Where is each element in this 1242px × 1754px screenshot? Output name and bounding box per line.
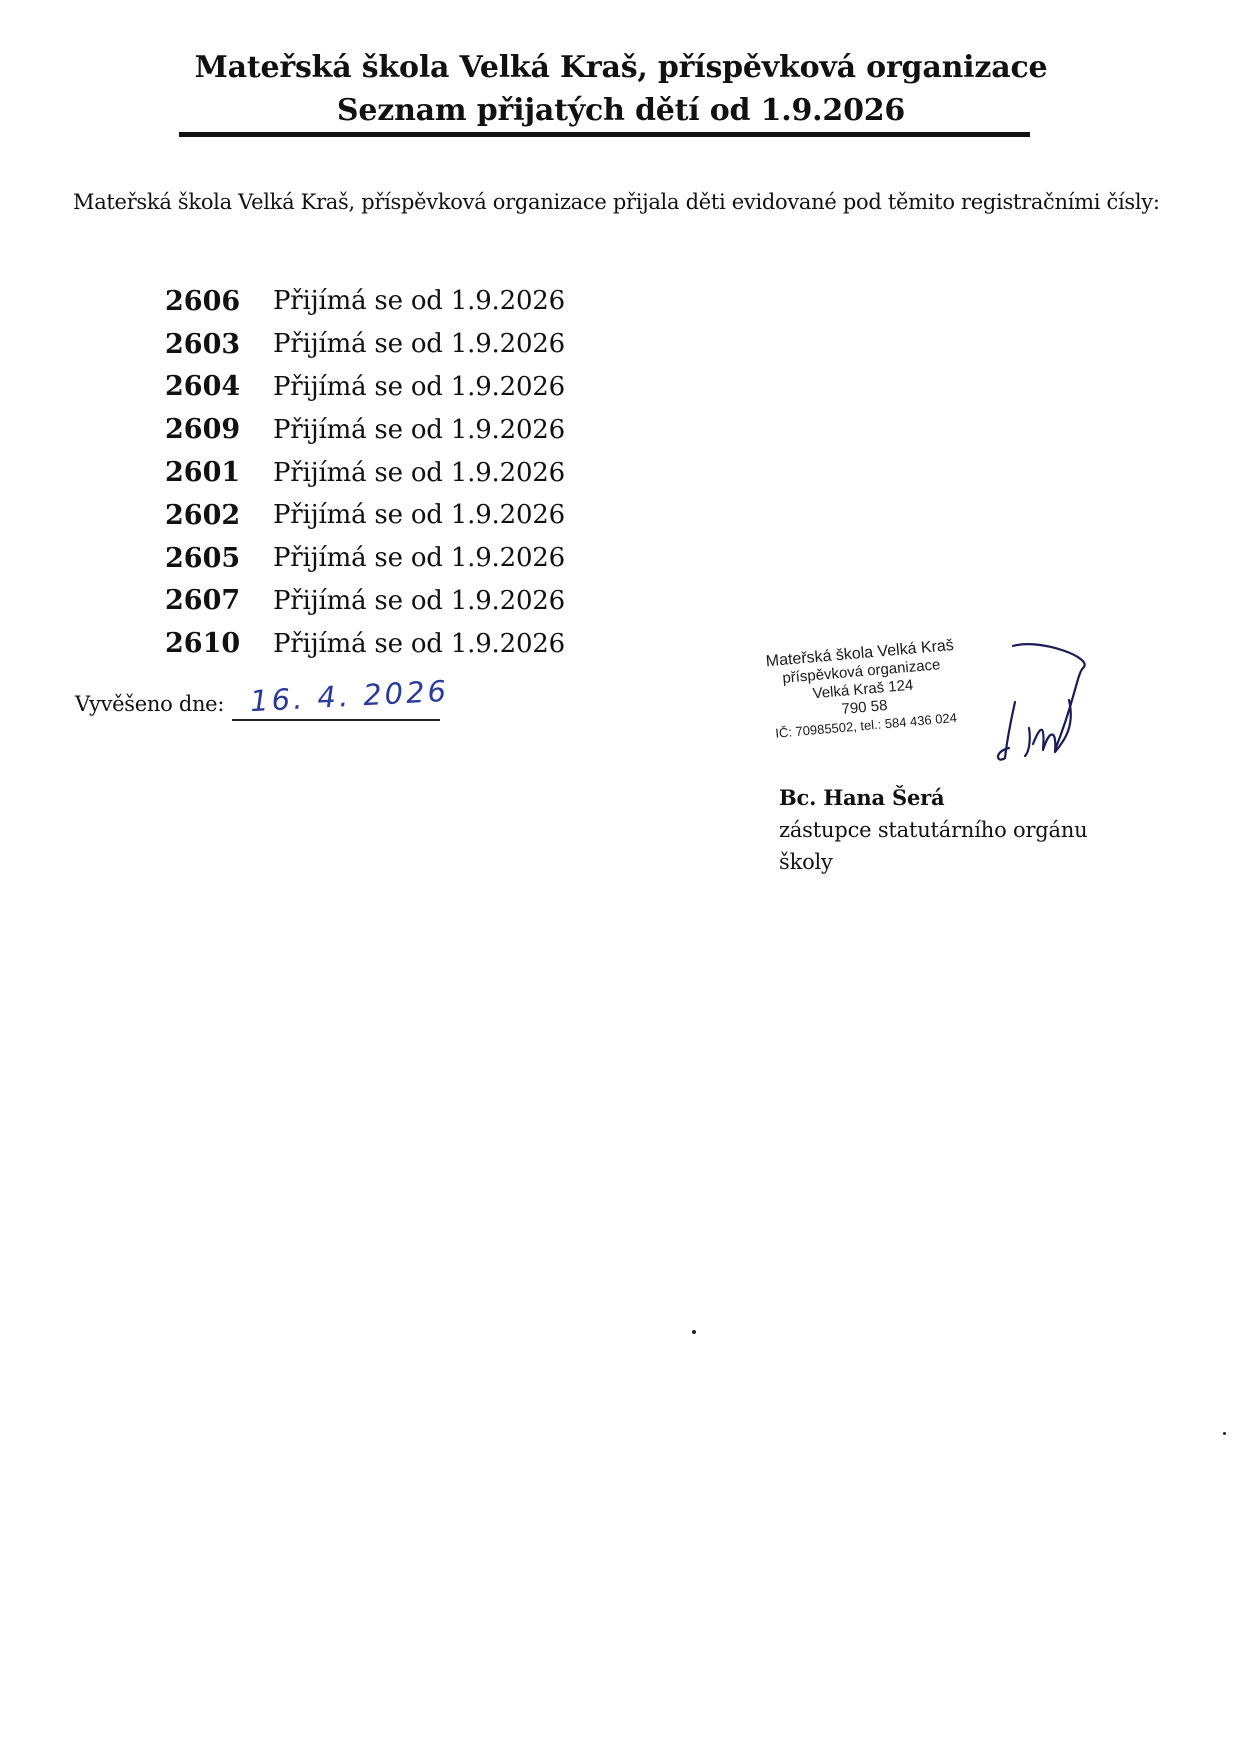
admission-row: 2601Přijímá se od 1.9.2026 [165, 451, 565, 494]
registration-number: 2605 [165, 543, 273, 574]
registration-number: 2610 [165, 628, 273, 659]
admission-status: Přijímá se od 1.9.2026 [273, 543, 565, 573]
posted-handwritten-date: 16. 4. 2026 [249, 674, 450, 718]
handwritten-signature-icon [985, 640, 1105, 770]
title-underline [179, 132, 1030, 137]
admission-row: 2606Přijímá se od 1.9.2026 [165, 280, 565, 323]
admission-status: Přijímá se od 1.9.2026 [273, 372, 565, 402]
admission-status: Přijímá se od 1.9.2026 [273, 415, 565, 445]
registration-number: 2604 [165, 371, 273, 402]
admission-row: 2607Přijímá se od 1.9.2026 [165, 580, 565, 623]
registration-number: 2606 [165, 286, 273, 317]
registration-number: 2603 [165, 329, 273, 360]
school-stamp: Mateřská škola Velká Kraš příspěvková or… [735, 634, 992, 745]
posted-date-line [232, 719, 440, 721]
admission-status: Přijímá se od 1.9.2026 [273, 629, 565, 659]
signer-role-continued: školy [779, 846, 1088, 878]
signer-role: zástupce statutárního orgánu [779, 814, 1088, 846]
registration-number: 2601 [165, 457, 273, 488]
admission-status: Přijímá se od 1.9.2026 [273, 458, 565, 488]
admission-row: 2603Přijímá se od 1.9.2026 [165, 323, 565, 366]
admission-status: Přijímá se od 1.9.2026 [273, 286, 565, 316]
document-title: Mateřská škola Velká Kraš, příspěvková o… [0, 50, 1242, 85]
admission-status: Přijímá se od 1.9.2026 [273, 586, 565, 616]
scan-speck [692, 1330, 696, 1334]
admission-status: Přijímá se od 1.9.2026 [273, 329, 565, 359]
admission-row: 2605Přijímá se od 1.9.2026 [165, 537, 565, 580]
signer-block: Bc. Hana Šerá zástupce statutárního orgá… [779, 782, 1088, 878]
admission-row: 2604Přijímá se od 1.9.2026 [165, 366, 565, 409]
intro-paragraph: Mateřská škola Velká Kraš, příspěvková o… [73, 186, 1163, 219]
signer-name: Bc. Hana Šerá [779, 782, 1088, 814]
posted-label: Vyvěšeno dne: [75, 692, 224, 716]
registration-number: 2607 [165, 585, 273, 616]
admission-row: 2610Přijímá se od 1.9.2026 [165, 622, 565, 665]
admission-row: 2602Přijímá se od 1.9.2026 [165, 494, 565, 537]
registration-number: 2602 [165, 500, 273, 531]
admissions-list: 2606Přijímá se od 1.9.2026 2603Přijímá s… [165, 280, 565, 665]
scan-speck [1223, 1432, 1226, 1435]
document-subtitle: Seznam přijatých dětí od 1.9.2026 [0, 93, 1242, 128]
admission-status: Přijímá se od 1.9.2026 [273, 500, 565, 530]
registration-number: 2609 [165, 414, 273, 445]
admission-row: 2609Přijímá se od 1.9.2026 [165, 408, 565, 451]
